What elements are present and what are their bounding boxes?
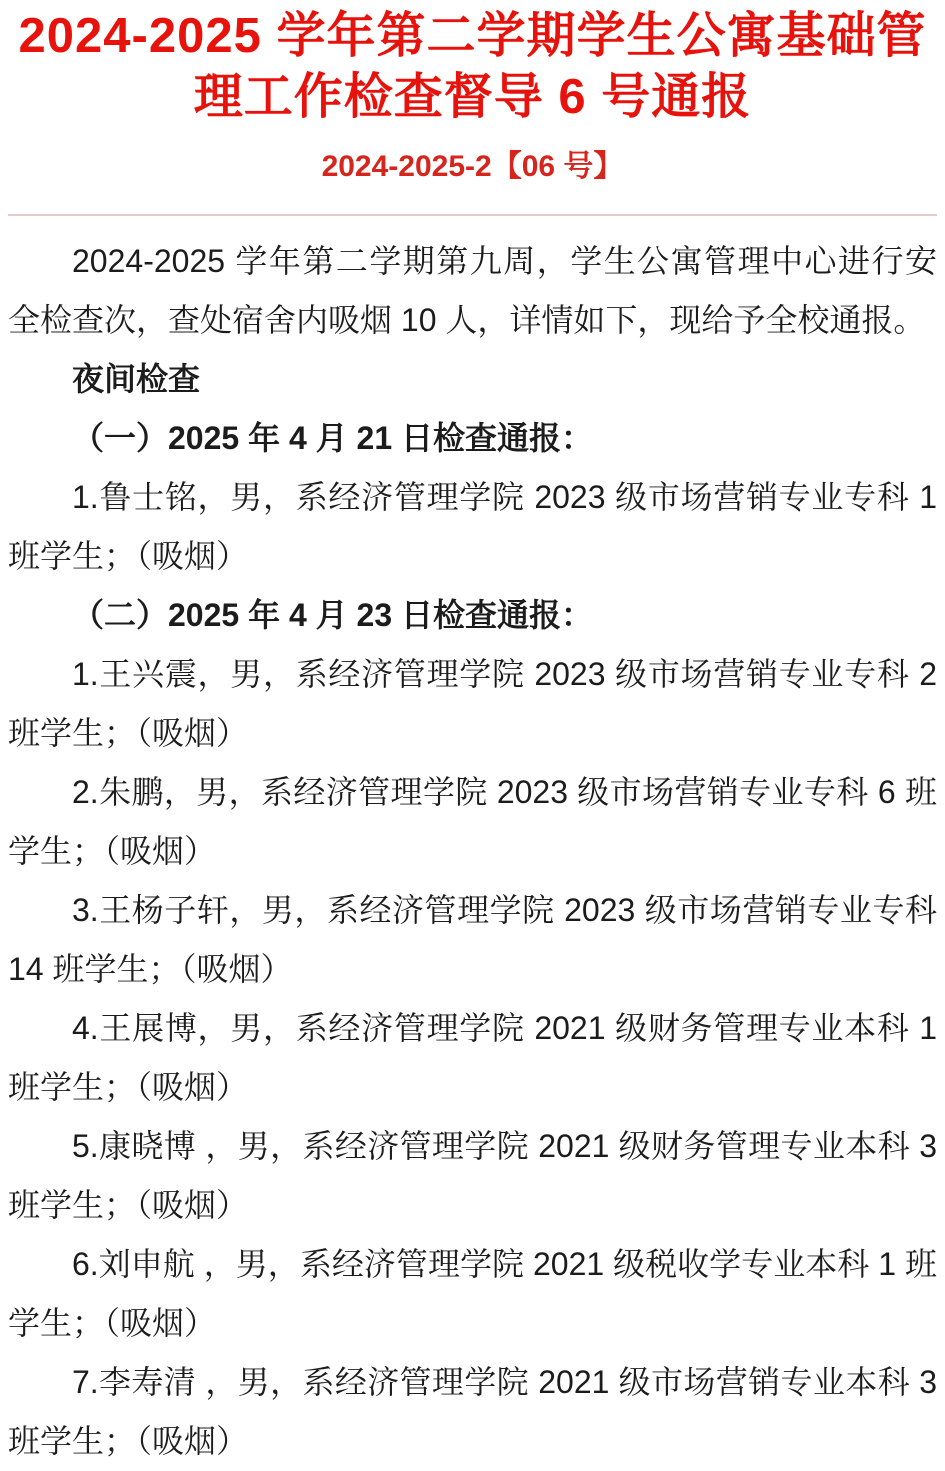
notice-page: 2024-2025 学年第二学期学生公寓基础管 理工作检查督导 6 号通报 20… [0, 0, 945, 1471]
page-title-line2: 理工作检查督导 6 号通报 [8, 67, 937, 128]
document-number: 2024-2025-2【06 号】 [8, 150, 937, 184]
subsection-heading-april-23: （二）2025 年 4 月 23 日检查通报： [8, 586, 937, 645]
notice-body: 2024-2025 学年第二学期第九周，学生公寓管理中心进行安全检查次，查处宿舍… [8, 232, 937, 1471]
intro-paragraph: 2024-2025 学年第二学期第九周，学生公寓管理中心进行安全检查次，查处宿舍… [8, 232, 937, 350]
report-item-apr23-4: 4.王展博，男，系经济管理学院 2021 级财务管理专业本科 1 班学生；（吸烟… [8, 999, 937, 1117]
page-title-line1: 2024-2025 学年第二学期学生公寓基础管 [8, 6, 937, 67]
report-item-apr23-6: 6.刘申航 ，男，系经济管理学院 2021 级税收学专业本科 1 班学生；（吸烟… [8, 1235, 937, 1353]
report-item-apr23-7: 7.李寿清 ，男，系经济管理学院 2021 级市场营销专业本科 3 班学生；（吸… [8, 1353, 937, 1471]
report-item-apr23-3: 3.王杨子轩，男，系经济管理学院 2023 级市场营销专业专科 14 班学生；（… [8, 881, 937, 999]
report-item-apr23-2: 2.朱鹏，男，系经济管理学院 2023 级市场营销专业专科 6 班学生；（吸烟） [8, 763, 937, 881]
report-item-apr21-1: 1.鲁士铭，男，系经济管理学院 2023 级市场营销专业专科 1 班学生；（吸烟… [8, 468, 937, 586]
report-item-apr23-1: 1.王兴震，男，系经济管理学院 2023 级市场营销专业专科 2 班学生；（吸烟… [8, 645, 937, 763]
report-item-apr23-5: 5.康晓博 ，男，系经济管理学院 2021 级财务管理专业本科 3 班学生；（吸… [8, 1117, 937, 1235]
section-heading-night-inspection: 夜间检查 [8, 350, 937, 409]
subsection-heading-april-21: （一）2025 年 4 月 21 日检查通报： [8, 409, 937, 468]
page-title: 2024-2025 学年第二学期学生公寓基础管 理工作检查督导 6 号通报 [8, 6, 937, 128]
title-divider [8, 214, 937, 216]
